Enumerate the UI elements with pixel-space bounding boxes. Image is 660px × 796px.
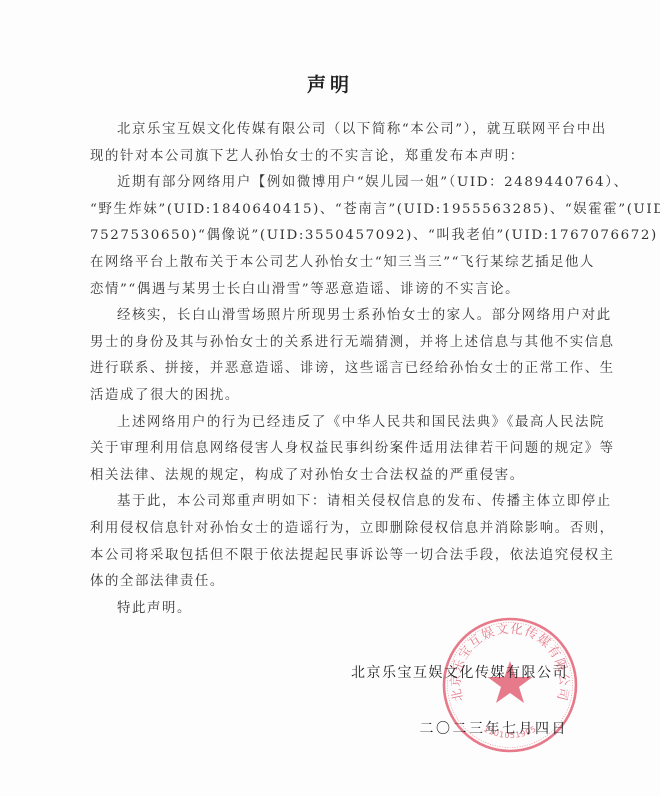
signature-company: 北京乐宝互娱文化传媒有限公司 (351, 662, 568, 682)
signature-date: 二〇二三年七月四日 (420, 718, 569, 738)
body-line: 利用侵权信息针对孙怡女士的造谣行为，立即删除侵权信息并消除影响。否则， (90, 516, 566, 543)
body-line: 近期有部分网络用户【例如微博用户“娱儿园一姐”（UID：2489440764）、 (90, 170, 566, 197)
body-line: 进行联系、拼接，并恶意造谣、诽谤，这些谣言已经给孙怡女士的正常工作、生 (90, 356, 566, 383)
body-line: “野生炸妹”(UID:1840640415)、“苍南言”(UID:1955563… (90, 197, 566, 224)
document-title: 声明 (0, 70, 660, 97)
body-line: 关于审理利用信息网络侵害人身权益民事纠纷案件适用法律若干问题的规定》等 (90, 436, 566, 463)
document-page: 声明 北京乐宝互娱文化传媒有限公司（以下简称“本公司”），就互联网平台中出 现的… (0, 0, 660, 796)
body-line: 男士的身份及其与孙怡女士的关系进行无端猜测，并将上述信息与其他不实信息 (90, 330, 566, 357)
document-body: 北京乐宝互娱文化传媒有限公司（以下简称“本公司”），就互联网平台中出 现的针对本… (90, 117, 566, 622)
paragraph-users: 近期有部分网络用户【例如微博用户“娱儿园一姐”（UID：2489440764）、… (90, 170, 566, 303)
paragraph-demands: 基于此，本公司郑重声明如下：请相关侵权信息的发布、传播主体立即停止 利用侵权信息… (90, 489, 566, 595)
body-line: 在网络平台上散布关于本公司艺人孙怡女士“知三当三”“飞行某综艺插足他人 (90, 250, 566, 277)
paragraph-intro: 北京乐宝互娱文化传媒有限公司（以下简称“本公司”），就互联网平台中出 现的针对本… (90, 117, 566, 170)
body-line: 基于此，本公司郑重声明如下：请相关侵权信息的发布、传播主体立即停止 (90, 489, 566, 516)
paragraph-verification: 经核实，长白山滑雪场照片所现男士系孙怡女士的家人。部分网络用户对此 男士的身份及… (90, 303, 566, 409)
body-line: 北京乐宝互娱文化传媒有限公司（以下简称“本公司”），就互联网平台中出 (90, 117, 566, 144)
body-line: 体的全部法律责任。 (90, 569, 566, 596)
body-line: 恋情”“偶遇与某男士长白山滑雪”等恶意造谣、诽谤的不实言论。 (90, 277, 566, 304)
body-line: 活造成了很大的困扰。 (90, 383, 566, 410)
body-line: 经核实，长白山滑雪场照片所现男士系孙怡女士的家人。部分网络用户对此 (90, 303, 566, 330)
body-line: 上述网络用户的行为已经违反了《中华人民共和国民法典》《最高人民法院 (90, 410, 566, 437)
body-line: 相关法律、法规的规定，构成了对孙怡女士合法权益的严重侵害。 (90, 463, 566, 490)
body-line: 本公司将采取包括但不限于依法提起民事诉讼等一切合法手段，依法追究侵权主 (90, 543, 566, 570)
body-line: 7527530650)“偶像说”(UID:3550457092)、“叫我老伯”(… (90, 223, 566, 250)
paragraph-legal: 上述网络用户的行为已经违反了《中华人民共和国民法典》《最高人民法院 关于审理利用… (90, 410, 566, 490)
body-line: 现的针对本公司旗下艺人孙怡女士的不实言论，郑重发布本声明： (90, 144, 566, 171)
